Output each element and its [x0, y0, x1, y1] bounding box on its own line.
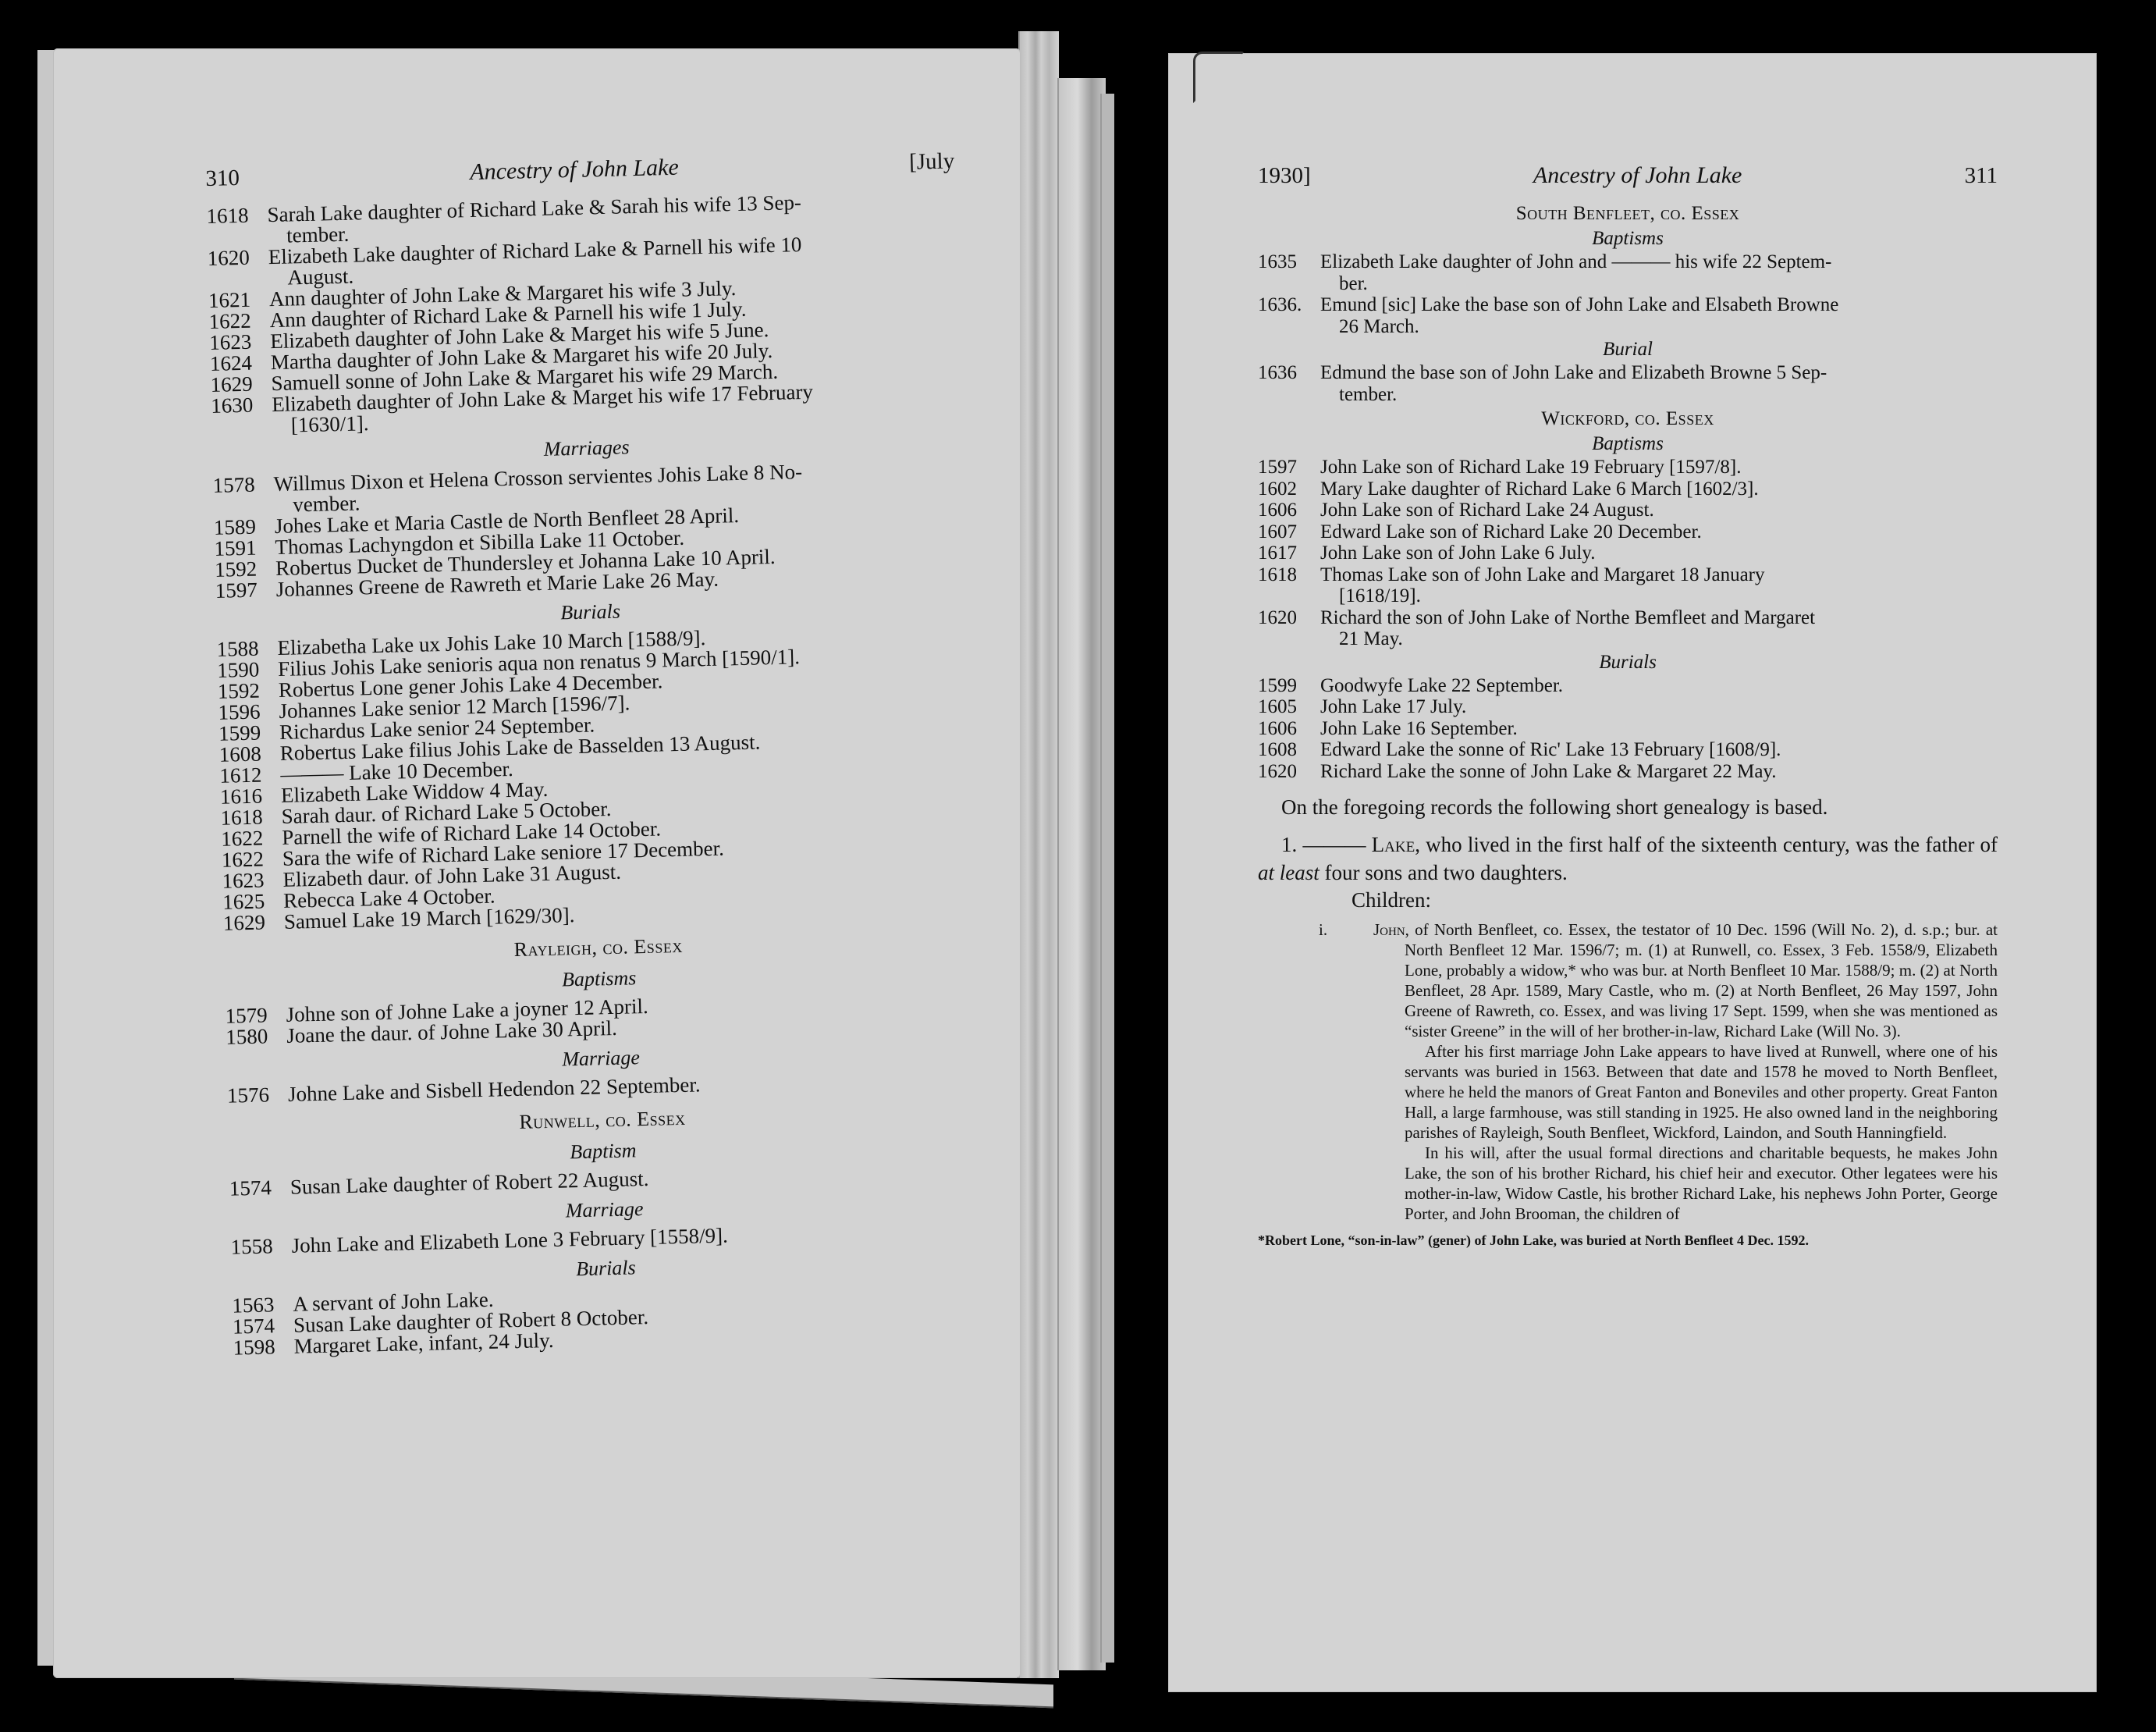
record-list: 1635Elizabeth Lake daughter of John and …	[1258, 251, 1998, 337]
record-text: Edward Lake son of Richard Lake 20 Decem…	[1320, 521, 1998, 543]
record-year: 1607	[1258, 521, 1320, 543]
section-heading: Baptisms	[1258, 228, 1998, 250]
footnote: *Robert Lone, “son-in-law” (gener) of Jo…	[1258, 1232, 1998, 1250]
record-entry: 1607Edward Lake son of Richard Lake 20 D…	[1258, 521, 1998, 543]
record-year: 1606	[1258, 718, 1320, 740]
record-year: 1608	[1258, 739, 1320, 761]
paper-tear	[1193, 52, 1245, 103]
place-heading: Wickford, co. Essex	[1258, 408, 1998, 430]
record-year: 1617	[1258, 542, 1320, 564]
record-continuation: 21 May.	[1320, 628, 1998, 650]
record-year: 1591	[214, 537, 275, 560]
record-continuation: [1618/19].	[1320, 585, 1998, 607]
sheet-stack-edge	[1018, 31, 1059, 1678]
record-year: 1636.	[1258, 294, 1320, 337]
record-entry: 1599Goodwyfe Lake 22 September.	[1258, 675, 1998, 697]
record-entry: 1636.Emund [sic] Lake the base son of Jo…	[1258, 294, 1998, 337]
record-year: 1621	[208, 289, 270, 311]
running-head: 310 Ancestry of John Lake [July	[205, 148, 955, 192]
record-year: 1579	[225, 1005, 286, 1027]
record-year: 1596	[218, 701, 279, 724]
record-year: 1618	[1258, 564, 1320, 607]
record-year: 1590	[217, 659, 279, 681]
genealogy-surname: Lake	[1372, 833, 1415, 856]
record-entry: 1602Mary Lake daughter of Richard Lake 6…	[1258, 478, 1998, 500]
record-list: 1618Sarah Lake daughter of Richard Lake …	[206, 188, 961, 438]
right-page: 1930] Ancestry of John Lake 311 South Be…	[1168, 53, 2097, 1692]
record-year: 1599	[218, 722, 280, 745]
left-page: 310 Ancestry of John Lake [July 1618Sara…	[53, 48, 1021, 1678]
record-year: 1635	[1258, 251, 1320, 294]
genealogy-text: , who lived in the first half of the six…	[1415, 833, 1998, 856]
child-body: John, of North Benfleet, co. Essex, the …	[1373, 919, 1998, 1224]
running-title: Ancestry of John Lake	[1533, 162, 1742, 189]
record-year: 1578	[212, 474, 274, 517]
record-entry: 1597John Lake son of Richard Lake 19 Feb…	[1258, 457, 1998, 478]
record-text: Elizabeth Lake daughter of John and ——— …	[1320, 251, 1998, 294]
record-text: John Lake 16 September.	[1320, 718, 1998, 740]
record-year: 1602	[1258, 478, 1320, 500]
section-heading: Baptisms	[1258, 433, 1998, 455]
record-year: 1620	[207, 247, 268, 290]
record-year: 1580	[226, 1026, 287, 1048]
record-year: 1624	[210, 352, 272, 375]
record-year: 1620	[1258, 607, 1320, 650]
record-year: 1592	[218, 680, 279, 702]
record-text: Mary Lake daughter of Richard Lake 6 Mar…	[1320, 478, 1998, 500]
record-year: 1616	[220, 785, 282, 808]
record-text: Emund [sic] Lake the base son of John La…	[1320, 294, 1998, 337]
record-year: 1574	[233, 1315, 294, 1338]
record-continuation: tember.	[1320, 384, 1998, 406]
record-text: Edmund the base son of John Lake and Eli…	[1320, 362, 1998, 405]
running-year: 1930]	[1258, 163, 1311, 189]
child-entry: i. John, of North Benfleet, co. Essex, t…	[1258, 919, 1998, 1224]
record-year: 1597	[1258, 457, 1320, 478]
genealogy-emphasis: at least	[1258, 861, 1320, 884]
genealogy-dash: ———	[1302, 833, 1371, 856]
record-year: 1599	[1258, 675, 1320, 697]
record-year: 1558	[230, 1236, 292, 1258]
record-year: 1606	[1258, 500, 1320, 521]
record-year: 1618	[206, 204, 268, 248]
section-heading: Burial	[1258, 339, 1998, 361]
record-year: 1625	[222, 891, 284, 913]
page-number: 310	[205, 165, 240, 192]
genealogy-text-end: four sons and two daughters.	[1320, 861, 1568, 884]
record-entry: 1606John Lake son of Richard Lake 24 Aug…	[1258, 500, 1998, 521]
record-sections: 1618Sarah Lake daughter of Richard Lake …	[206, 188, 982, 1358]
record-year: 1636	[1258, 362, 1320, 405]
record-continuation: ber.	[1320, 273, 1998, 295]
record-list: 1636Edmund the base son of John Lake and…	[1258, 362, 1998, 405]
record-year: 1623	[222, 870, 283, 892]
record-text: Richard Lake the sonne of John Lake & Ma…	[1320, 761, 1998, 783]
left-page-content: 310 Ancestry of John Lake [July 1618Sara…	[205, 148, 982, 1358]
record-year: 1563	[232, 1294, 293, 1317]
record-text: Thomas Lake son of John Lake and Margare…	[1320, 564, 1998, 607]
sheet-stack-edge	[1100, 94, 1114, 1663]
sheet-stack-edge	[1057, 78, 1106, 1670]
record-list: 1599Goodwyfe Lake 22 September.1605John …	[1258, 675, 1998, 783]
record-continuation: 26 March.	[1320, 316, 1998, 338]
record-year: 1629	[210, 373, 272, 396]
child-text: , of North Benfleet, co. Essex, the test…	[1405, 920, 1998, 1040]
record-year: 1574	[229, 1177, 291, 1200]
record-year: 1612	[219, 764, 281, 787]
record-entry: 1605John Lake 17 July.	[1258, 696, 1998, 718]
record-year: 1576	[227, 1084, 289, 1107]
child-paragraph: In his will, after the usual formal dire…	[1373, 1143, 1998, 1224]
record-entry: 1620Richard Lake the sonne of John Lake …	[1258, 761, 1998, 783]
child-paragraph: After his first marriage John Lake appea…	[1373, 1041, 1998, 1143]
right-page-content: 1930] Ancestry of John Lake 311 South Be…	[1258, 162, 1998, 1250]
children-label: Children:	[1351, 887, 1998, 913]
record-year: 1618	[220, 806, 282, 829]
running-title: Ancestry of John Lake	[470, 155, 679, 186]
record-year: 1592	[215, 558, 276, 581]
intro-paragraph: On the foregoing records the following s…	[1258, 793, 1998, 821]
record-year: 1623	[209, 331, 271, 354]
record-year: 1622	[208, 310, 270, 333]
section-heading: Burials	[1258, 652, 1998, 674]
record-sections: South Benfleet, co. EssexBaptisms1635Eli…	[1258, 203, 1998, 782]
record-text: John Lake 17 July.	[1320, 696, 1998, 718]
child-numeral: i.	[1258, 919, 1373, 1224]
record-year: 1608	[218, 743, 280, 766]
record-text: John Lake son of Richard Lake 19 Februar…	[1320, 457, 1998, 478]
record-entry: 1635Elizabeth Lake daughter of John and …	[1258, 251, 1998, 294]
record-year: 1598	[233, 1336, 294, 1359]
record-year: 1597	[215, 579, 277, 602]
record-text: Goodwyfe Lake 22 September.	[1320, 675, 1998, 697]
record-text: Richard the son of John Lake of Northe B…	[1320, 607, 1998, 650]
record-entry: 1606John Lake 16 September.	[1258, 718, 1998, 740]
record-list: 1578Willmus Dixon et Helena Crosson serv…	[212, 457, 964, 602]
child-name: John	[1373, 920, 1405, 939]
running-date: [July	[909, 148, 955, 175]
place-heading: South Benfleet, co. Essex	[1258, 203, 1998, 225]
record-list: 1563A servant of John Lake.1574Susan Lak…	[232, 1278, 982, 1359]
genealogy-number: 1.	[1281, 833, 1297, 856]
record-entry: 1636Edmund the base son of John Lake and…	[1258, 362, 1998, 405]
record-year: 1630	[211, 394, 272, 438]
child-main-paragraph: John, of North Benfleet, co. Essex, the …	[1373, 919, 1998, 1041]
record-year: 1622	[221, 827, 282, 850]
record-list: 1597John Lake son of Richard Lake 19 Feb…	[1258, 457, 1998, 650]
record-entry: 1608Edward Lake the sonne of Ric' Lake 1…	[1258, 739, 1998, 761]
record-list: 1588Elizabetha Lake ux Johis Lake 10 Mar…	[216, 621, 972, 934]
record-entry: 1618Thomas Lake son of John Lake and Mar…	[1258, 564, 1998, 607]
running-head: 1930] Ancestry of John Lake 311	[1258, 162, 1998, 189]
genealogy-entry: 1. ——— Lake, who lived in the first half…	[1258, 830, 1998, 887]
record-year: 1605	[1258, 696, 1320, 718]
record-text: Edward Lake the sonne of Ric' Lake 13 Fe…	[1320, 739, 1998, 761]
record-year: 1620	[1258, 761, 1320, 783]
record-entry: 1620Richard the son of John Lake of Nort…	[1258, 607, 1998, 650]
record-year: 1588	[216, 638, 278, 660]
record-text: John Lake son of John Lake 6 July.	[1320, 542, 1998, 564]
record-year: 1629	[223, 912, 285, 934]
record-year: 1589	[214, 516, 275, 539]
record-text: John Lake son of Richard Lake 24 August.	[1320, 500, 1998, 521]
record-year: 1622	[222, 848, 283, 871]
record-list: 1579Johne son of Johne Lake a joyner 12 …	[225, 988, 975, 1048]
record-entry: 1617John Lake son of John Lake 6 July.	[1258, 542, 1998, 564]
page-number: 311	[1965, 163, 1998, 189]
